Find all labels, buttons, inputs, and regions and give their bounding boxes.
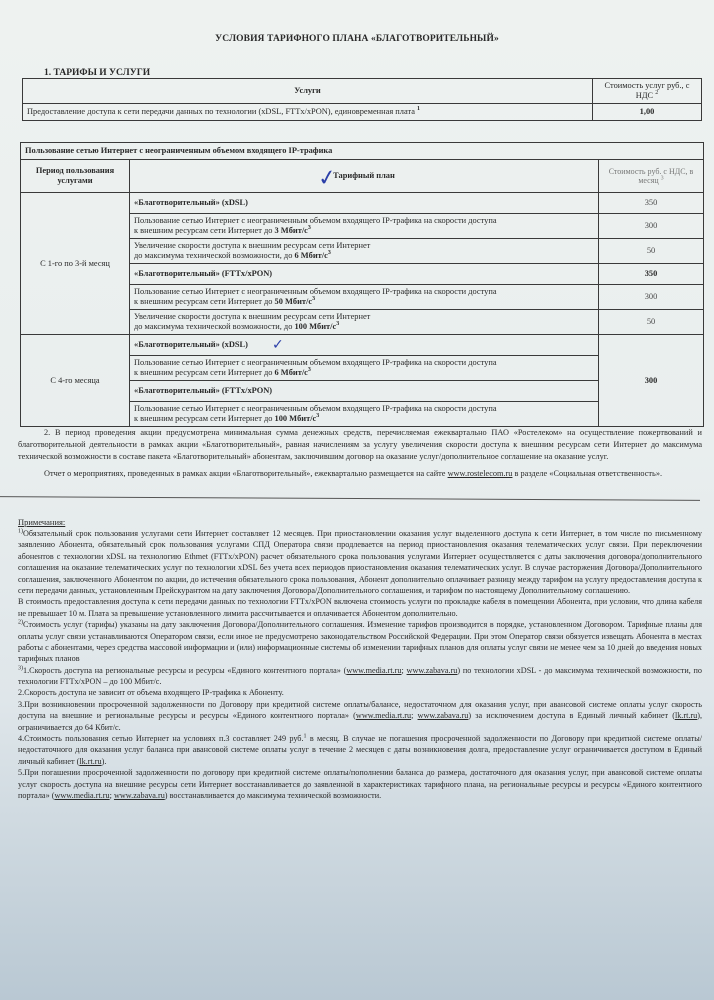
description-line: Пользование сетью Интернет с неограничен… xyxy=(134,216,497,225)
table-header-row: Период пользования услугами Тарифный пла… xyxy=(21,160,704,193)
plan-description-cell: Пользование сетью Интернет с неограничен… xyxy=(130,285,599,310)
lk-link[interactable]: lk.rt.ru xyxy=(79,757,101,766)
divider xyxy=(0,496,700,501)
description-line: к внешним ресурсам сети Интернет до xyxy=(134,368,275,377)
section-1-heading: 1. ТАРИФЫ И УСЛУГИ xyxy=(44,68,150,78)
footnote-mark: 3 xyxy=(308,225,311,231)
footnote-mark: 3 xyxy=(308,367,311,373)
table-caption-row: Пользование сетью Интернет с неограничен… xyxy=(21,143,704,160)
note-3-3: 3.При возникновении просроченной задолже… xyxy=(18,699,702,733)
price-cell: 50 xyxy=(599,239,704,264)
note-text: ). xyxy=(102,757,107,766)
description-line: Пользование сетью Интернет с неограничен… xyxy=(134,404,497,413)
speed-value: 100 Мбит/с xyxy=(275,414,317,423)
column-header-price-text: Стоимость руб. с НДС, в месяц xyxy=(609,167,694,185)
price-cell: 300 xyxy=(599,335,704,427)
note-1: 1)Обязательный срок пользования услугами… xyxy=(18,528,702,596)
footnote-mark: 3 xyxy=(316,413,319,419)
description-line: к внешним ресурсам сети Интернет до xyxy=(134,297,275,306)
notes-title: Примечания: xyxy=(18,517,65,527)
table-caption: Пользование сетью Интернет с неограничен… xyxy=(21,143,704,160)
price-cell: 50 xyxy=(599,310,704,335)
price-cell: 350 xyxy=(599,264,704,285)
column-header-price-text: Стоимость услуг руб., с НДС xyxy=(605,81,690,100)
description-line: Пользование сетью Интернет с неограничен… xyxy=(134,287,497,296)
description-line: до максимума технической возможности, до xyxy=(134,251,294,260)
speed-value: 3 Мбит/с xyxy=(275,226,308,235)
description-line: до максимума технической возможности, до xyxy=(134,322,294,331)
speed-value: 100 Мбит/с xyxy=(294,322,336,331)
plan-description-cell: Увеличение скорости доступа к внешним ре… xyxy=(130,310,599,335)
plan-description-cell: Увеличение скорости доступа к внешним ре… xyxy=(130,239,599,264)
plan-description-cell: Пользование сетью Интернет с неограничен… xyxy=(130,402,599,427)
column-header-price: Стоимость услуг руб., с НДС 2 xyxy=(593,79,702,104)
plan-name-cell: «Благотворительный» (xDSL) xyxy=(130,193,599,214)
note-1b: В стоимость предоставления доступа к сет… xyxy=(18,596,702,619)
price-cell: 300 xyxy=(599,285,704,310)
note-2: 2)Стоимость услуг (тарифы) указаны на да… xyxy=(18,619,702,665)
note-text: 1.Скорость доступа на региональные ресур… xyxy=(23,666,346,675)
column-header-price: Стоимость руб. с НДС, в месяц 3 xyxy=(599,160,704,193)
footnote-mark: 1 xyxy=(417,106,420,112)
zabava-link[interactable]: www.zabava.ru xyxy=(407,666,458,675)
services-table: Услуги Стоимость услуг руб., с НДС 2 Пре… xyxy=(22,78,702,121)
table-header-row: Услуги Стоимость услуг руб., с НДС 2 xyxy=(23,79,702,104)
section-2-paragraph: 2. В период проведения акции предусмотре… xyxy=(18,427,702,462)
note-2-text: Стоимость услуг (тарифы) указаны на дату… xyxy=(18,620,702,663)
report-text-suffix: в разделе «Социальная ответственность». xyxy=(512,469,662,478)
plan-name-cell: «Благотворительный» (FTTx/xPON) xyxy=(130,381,599,402)
note-3-2: 2.Скорость доступа не зависит от объема … xyxy=(18,687,702,698)
lk-link[interactable]: lk.rt.ru xyxy=(675,711,697,720)
note-text: ) восстанавливается до максимума техниче… xyxy=(165,791,381,800)
media-link[interactable]: www.media.rt.ru xyxy=(54,791,109,800)
plan-name-cell: «Благотворительный» (xDSL) xyxy=(130,335,599,356)
column-header-plan: Тарифный план xyxy=(130,160,599,193)
zabava-link[interactable]: www.zabava.ru xyxy=(418,711,469,720)
description-line: Пользование сетью Интернет с неограничен… xyxy=(134,358,497,367)
note-3-4: 4.Стоимость пользования сетью Интернет н… xyxy=(18,733,702,767)
description-line: к внешним ресурсам сети Интернет до xyxy=(134,414,275,423)
price-cell: 1,00 xyxy=(593,104,702,121)
plan-description-cell: Пользование сетью Интернет с неограничен… xyxy=(130,214,599,239)
service-text: Предоставление доступа к сети передачи д… xyxy=(27,107,415,116)
table-row: С 1-го по 3-й месяц«Благотворительный» (… xyxy=(21,193,704,214)
footnote-mark: 2 xyxy=(655,90,658,96)
rostelecom-link[interactable]: www.rostelecom.ru xyxy=(448,469,513,478)
period-cell: С 4-го месяца xyxy=(21,335,130,427)
handwritten-checkmark-icon: ✓ xyxy=(316,165,338,192)
footnote-mark: 3 xyxy=(328,250,331,256)
service-cell: Предоставление доступа к сети передачи д… xyxy=(23,104,593,121)
media-link[interactable]: www.media.rt.ru xyxy=(356,711,411,720)
footnote-mark: 3 xyxy=(661,175,664,181)
column-header-services: Услуги xyxy=(23,79,593,104)
note-text: ) за исключением доступа в Единый личный… xyxy=(468,711,675,720)
column-header-period: Период пользования услугами xyxy=(21,160,130,193)
speed-value: 6 Мбит/с xyxy=(294,251,327,260)
note-3-5: 5.При погашении просроченной задолженнос… xyxy=(18,767,702,801)
period-cell: С 1-го по 3-й месяц xyxy=(21,193,130,335)
footnote-mark: 3 xyxy=(312,296,315,302)
description-line: Увеличение скорости доступа к внешним ре… xyxy=(134,241,370,250)
footnote-mark: 3 xyxy=(336,321,339,327)
note-text: 4.Стоимость пользования сетью Интернет н… xyxy=(18,734,304,743)
notes-block: 1)Обязательный срок пользования услугами… xyxy=(18,528,702,801)
zabava-link[interactable]: www.zabava.ru xyxy=(114,791,165,800)
media-link[interactable]: www.media.rt.ru xyxy=(346,666,401,675)
table-row: С 4-го месяца«Благотворительный» (xDSL)3… xyxy=(21,335,704,356)
internet-tariff-table: Пользование сетью Интернет с неограничен… xyxy=(20,142,704,427)
plan-name-cell: «Благотворительный» (FTTx/xPON) xyxy=(130,264,599,285)
table-row: Предоставление доступа к сети передачи д… xyxy=(23,104,702,121)
handwritten-checkmark-icon: ✓ xyxy=(272,337,284,353)
document-page: УСЛОВИЯ ТАРИФНОГО ПЛАНА «БЛАГОТВОРИТЕЛЬН… xyxy=(0,0,714,1000)
speed-value: 50 Мбит/с xyxy=(275,297,313,306)
document-title: УСЛОВИЯ ТАРИФНОГО ПЛАНА «БЛАГОТВОРИТЕЛЬН… xyxy=(0,34,714,44)
note-1-text: Обязательный срок пользования услугами с… xyxy=(18,529,702,595)
plan-description-cell: Пользование сетью Интернет с неограничен… xyxy=(130,356,599,381)
price-cell: 350 xyxy=(599,193,704,214)
description-line: к внешним ресурсам сети Интернет до xyxy=(134,226,275,235)
price-cell: 300 xyxy=(599,214,704,239)
speed-value: 6 Мбит/с xyxy=(275,368,308,377)
report-text: Отчет о мероприятиях, проведенных в рамк… xyxy=(44,469,448,478)
note-3-1: 3)1.Скорость доступа на региональные рес… xyxy=(18,665,702,688)
description-line: Увеличение скорости доступа к внешним ре… xyxy=(134,312,370,321)
report-paragraph: Отчет о мероприятиях, проведенных в рамк… xyxy=(18,468,702,480)
